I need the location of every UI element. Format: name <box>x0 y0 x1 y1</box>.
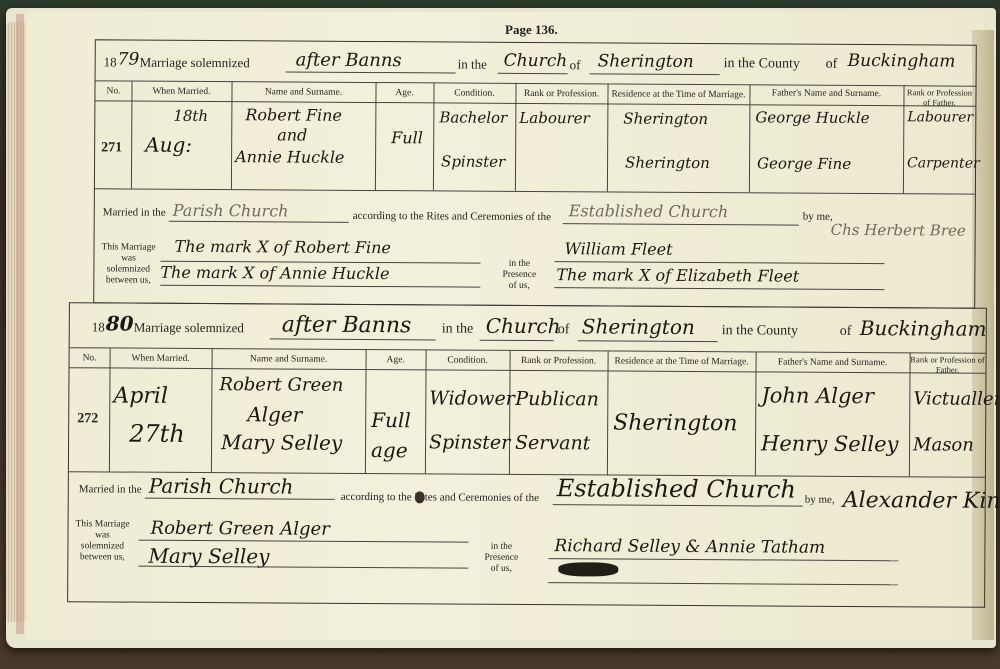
officiant: Chs Herbert Bree <box>831 221 966 240</box>
groom-surname: Alger <box>247 402 302 426</box>
groom-rank: Labourer <box>519 109 590 127</box>
between-label: This Marriagewassolemnizedbetween us, <box>72 519 132 563</box>
county: Buckingham <box>848 51 956 72</box>
groom-residence: Sherington <box>623 110 708 129</box>
bride-name: Annie Huckle <box>235 147 344 167</box>
col-age: Age. <box>366 355 426 365</box>
col-age: Age. <box>375 88 433 98</box>
groom-name: Robert Fine <box>245 105 342 125</box>
marriage-entry-272: 18 80 Marriage solemnized after Banns in… <box>67 302 987 608</box>
groom-name: Robert Green <box>219 374 343 396</box>
father-2-rank: Carpenter <box>907 155 980 171</box>
county-label: in the County <box>724 56 800 72</box>
witness-2-signature: The mark X of Elizabeth Fleet <box>556 265 799 285</box>
parish: Sherington <box>582 314 695 339</box>
col-name: Name and Surname. <box>231 87 375 98</box>
when-month: April <box>113 383 168 408</box>
ink-blot <box>415 491 425 503</box>
when-day: 27th <box>129 420 185 448</box>
witness-1-signature: Richard Selley & Annie Tatham <box>554 536 825 558</box>
in-the-label: in the <box>458 57 487 73</box>
father-2-name: George Fine <box>757 154 851 173</box>
col-father-name: Father's Name and Surname. <box>749 88 903 99</box>
party-2-signature: The mark X of Annie Huckle <box>160 263 389 283</box>
col-residence: Residence at the Time of Marriage. <box>608 356 756 367</box>
col-father-rank: Rank or Profession of Father. <box>903 87 975 107</box>
rites: Established Church <box>569 201 729 221</box>
of-label: of <box>558 322 570 338</box>
col-no: No. <box>95 86 131 96</box>
marriage-entry-271: 18 79 Marriage solemnized after Banns in… <box>93 39 977 308</box>
col-when-married: When Married. <box>110 353 212 364</box>
parish: Sherington <box>598 51 694 72</box>
presence-label: in thePresenceof us, <box>494 259 544 292</box>
in-the-label: in the <box>442 321 474 337</box>
col-condition: Condition. <box>433 88 515 99</box>
page-number: Page 136. <box>505 22 558 38</box>
year-prefix: 18 <box>104 54 117 70</box>
solemnized-how: after Banns <box>282 312 412 338</box>
bride-condition: Spinster <box>441 152 505 170</box>
age: Full <box>391 128 423 147</box>
bride-name: Mary Selley <box>221 430 342 455</box>
party-2-signature: Mary Selley <box>148 544 269 569</box>
year-suffix: 79 <box>118 49 140 69</box>
officiant: Alexander King <box>843 488 1000 514</box>
father-1-name: John Alger <box>761 383 874 408</box>
married-in-label: Married in the <box>103 206 166 218</box>
bride-condition: Spinster <box>429 431 510 453</box>
col-father-rank: Rank or Profession of Father. <box>909 354 985 374</box>
col-no: No. <box>70 353 110 363</box>
col-rank: Rank or Profession. <box>510 356 608 367</box>
party-1-signature: Robert Green Alger <box>150 518 329 540</box>
married-in: Parish Church <box>173 201 289 221</box>
year-prefix: 18 <box>92 319 105 335</box>
rites: Established Church <box>557 474 796 503</box>
groom-rank: Publican <box>515 388 599 411</box>
col-condition: Condition. <box>426 355 510 366</box>
rites-label: according to the Rites and Ceremonies of… <box>353 210 551 223</box>
father-2-rank: Mason <box>913 434 974 455</box>
entry-number: 272 <box>77 411 98 427</box>
of-label-2: of <box>840 324 852 340</box>
col-father-name: Father's Name and Surname. <box>756 357 910 368</box>
between-label: This Marriagewassolemnizedbetween us, <box>98 242 158 286</box>
solemnized-label: Marriage solemnized <box>140 55 250 72</box>
groom-condition: Bachelor <box>439 108 507 126</box>
bride-residence: Sherington <box>625 154 710 173</box>
of-label: of <box>570 57 581 73</box>
father-1-rank: Labourer <box>907 109 973 125</box>
when-month: Aug: <box>145 133 192 157</box>
name-and: and <box>277 125 307 144</box>
bride-rank: Servant <box>515 432 590 454</box>
col-rank: Rank or Profession. <box>515 89 607 100</box>
solemnized-how: after Banns <box>296 50 402 72</box>
age: Full age <box>371 405 411 465</box>
by-me-label: by me, <box>803 211 833 223</box>
witness-1-signature: William Fleet <box>564 239 672 259</box>
solemnized-label: Marriage solemnized <box>134 320 244 337</box>
year-suffix: 80 <box>106 311 134 335</box>
col-name: Name and Surname. <box>212 354 366 365</box>
father-1-rank: Victualler <box>913 388 1000 410</box>
of-label-2: of <box>826 57 838 73</box>
father-1-name: George Huckle <box>755 108 869 127</box>
rites-label: according to the Rites and Ceremonies of… <box>341 491 539 504</box>
entry-number: 271 <box>101 140 122 156</box>
spine <box>16 14 24 634</box>
by-me-label: by me, <box>805 494 835 506</box>
place-type: Church <box>486 314 561 338</box>
groom-condition: Widower <box>429 387 515 410</box>
presence-label: in thePresenceof us, <box>476 542 526 575</box>
when-day: 18th <box>173 107 208 125</box>
col-residence: Residence at the Time of Marriage. <box>607 89 749 100</box>
place-type: Church <box>504 51 568 71</box>
col-when-married: When Married. <box>131 87 231 98</box>
county: Buckingham <box>860 316 987 341</box>
residence: Sherington <box>613 411 737 437</box>
married-in: Parish Church <box>149 474 294 499</box>
married-in-label: Married in the <box>79 483 142 495</box>
father-2-name: Henry Selley <box>761 431 899 456</box>
party-1-signature: The mark X of Robert Fine <box>174 237 390 257</box>
county-label: in the County <box>722 323 798 339</box>
struck-out-witness <box>558 562 618 576</box>
